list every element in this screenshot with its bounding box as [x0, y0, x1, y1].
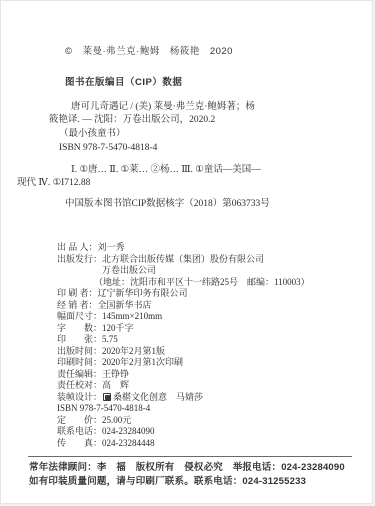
isbn-line: ISBN 978-7-5470-4818-4 [57, 403, 372, 415]
cip-classification: Ⅰ. ①唐… Ⅱ. ①莱… ②杨… Ⅲ. ①童话—美国— 现代 Ⅳ. ①I712… [17, 164, 348, 190]
design-line: 装帧设计：桑椹文化创意 马婧莎 [57, 392, 372, 404]
edition-line: 出版时间：2020年2月第1版 [57, 346, 372, 358]
copyright-page: © 莱曼·弗兰克·鲍姆 杨筱艳 2020 图书在版编目（CIP）数据 唐可儿奇遇… [0, 0, 373, 504]
cip-catalog-entry: 唐可儿奇遇记 / (美) 莱曼·弗兰克·鲍姆著；杨 筱艳译. — 沈阳：万卷出版… [49, 101, 348, 127]
cip-title-line2: 筱艳译. — 沈阳：万卷出版公司，2020.2 [49, 115, 215, 125]
classification-line2: 现代 Ⅳ. ①I712.88 [17, 178, 90, 188]
design-label: 装帧设计： [57, 392, 102, 402]
proofreader-line: 责任校对：高 辉 [57, 380, 372, 392]
format-line: 幅面尺寸：145mm×210mm [57, 311, 372, 323]
print-quality-line: 如有印装质量问题，请与印刷厂联系。联系电话：024-31255233 [29, 475, 364, 489]
printer-line: 印 刷 者：辽宁新华印务有限公司 [57, 288, 372, 300]
isbn-top: ISBN 978-7-5470-4818-4 [59, 142, 372, 155]
copyright-line: © 莱曼·弗兰克·鲍姆 杨筱艳 2020 [65, 43, 372, 57]
design-brand: 桑椹文化创意 马婧莎 [113, 392, 203, 402]
word-count-line: 字 数：120千字 [57, 323, 372, 335]
series-name: （最小孩童书） [59, 128, 372, 141]
address-line: （地址：沈阳市和平区十一纬路25号 邮编：110003） [57, 277, 372, 289]
printing-line: 印刷时间：2020年2月第1次印刷 [57, 357, 372, 369]
cip-record-number: 中国版本图书馆CIP数据核字（2018）第063733号 [65, 198, 372, 211]
price-line: 定 价：25.00元 [57, 415, 372, 427]
producer-line: 出 品 人：刘一秀 [57, 242, 372, 254]
fax-line: 传 真：024-23284448 [57, 438, 372, 450]
design-studio-logo-icon [103, 393, 111, 401]
divider [28, 456, 352, 457]
distributor-line: 经 销 者：全国新华书店 [57, 300, 372, 312]
sheets-line: 印 张：5.75 [57, 334, 372, 346]
publisher-name-line: 万卷出版公司 [57, 265, 372, 277]
colophon-block: 出 品 人：刘一秀 出版发行：北方联合出版传媒（集团）股份有限公司 万卷出版公司… [57, 242, 372, 449]
phone-line: 联系电话：024-23284090 [57, 426, 372, 438]
publisher-line: 出版发行：北方联合出版传媒（集团）股份有限公司 [57, 254, 372, 266]
editor-line: 责任编辑：王铮铮 [57, 369, 372, 381]
legal-footer: 常年法律顾问：李 福 版权所有 侵权必究 举报电话：024-23284090 如… [29, 461, 364, 489]
cip-data-header: 图书在版编目（CIP）数据 [65, 74, 372, 88]
legal-counsel-line: 常年法律顾问：李 福 版权所有 侵权必究 举报电话：024-23284090 [29, 461, 364, 475]
classification-line1: Ⅰ. ①唐… Ⅱ. ①莱… ②杨… Ⅲ. ①童话—美国— [71, 165, 261, 175]
cip-title-line1: 唐可儿奇遇记 / (美) 莱曼·弗兰克·鲍姆著；杨 [71, 102, 255, 112]
